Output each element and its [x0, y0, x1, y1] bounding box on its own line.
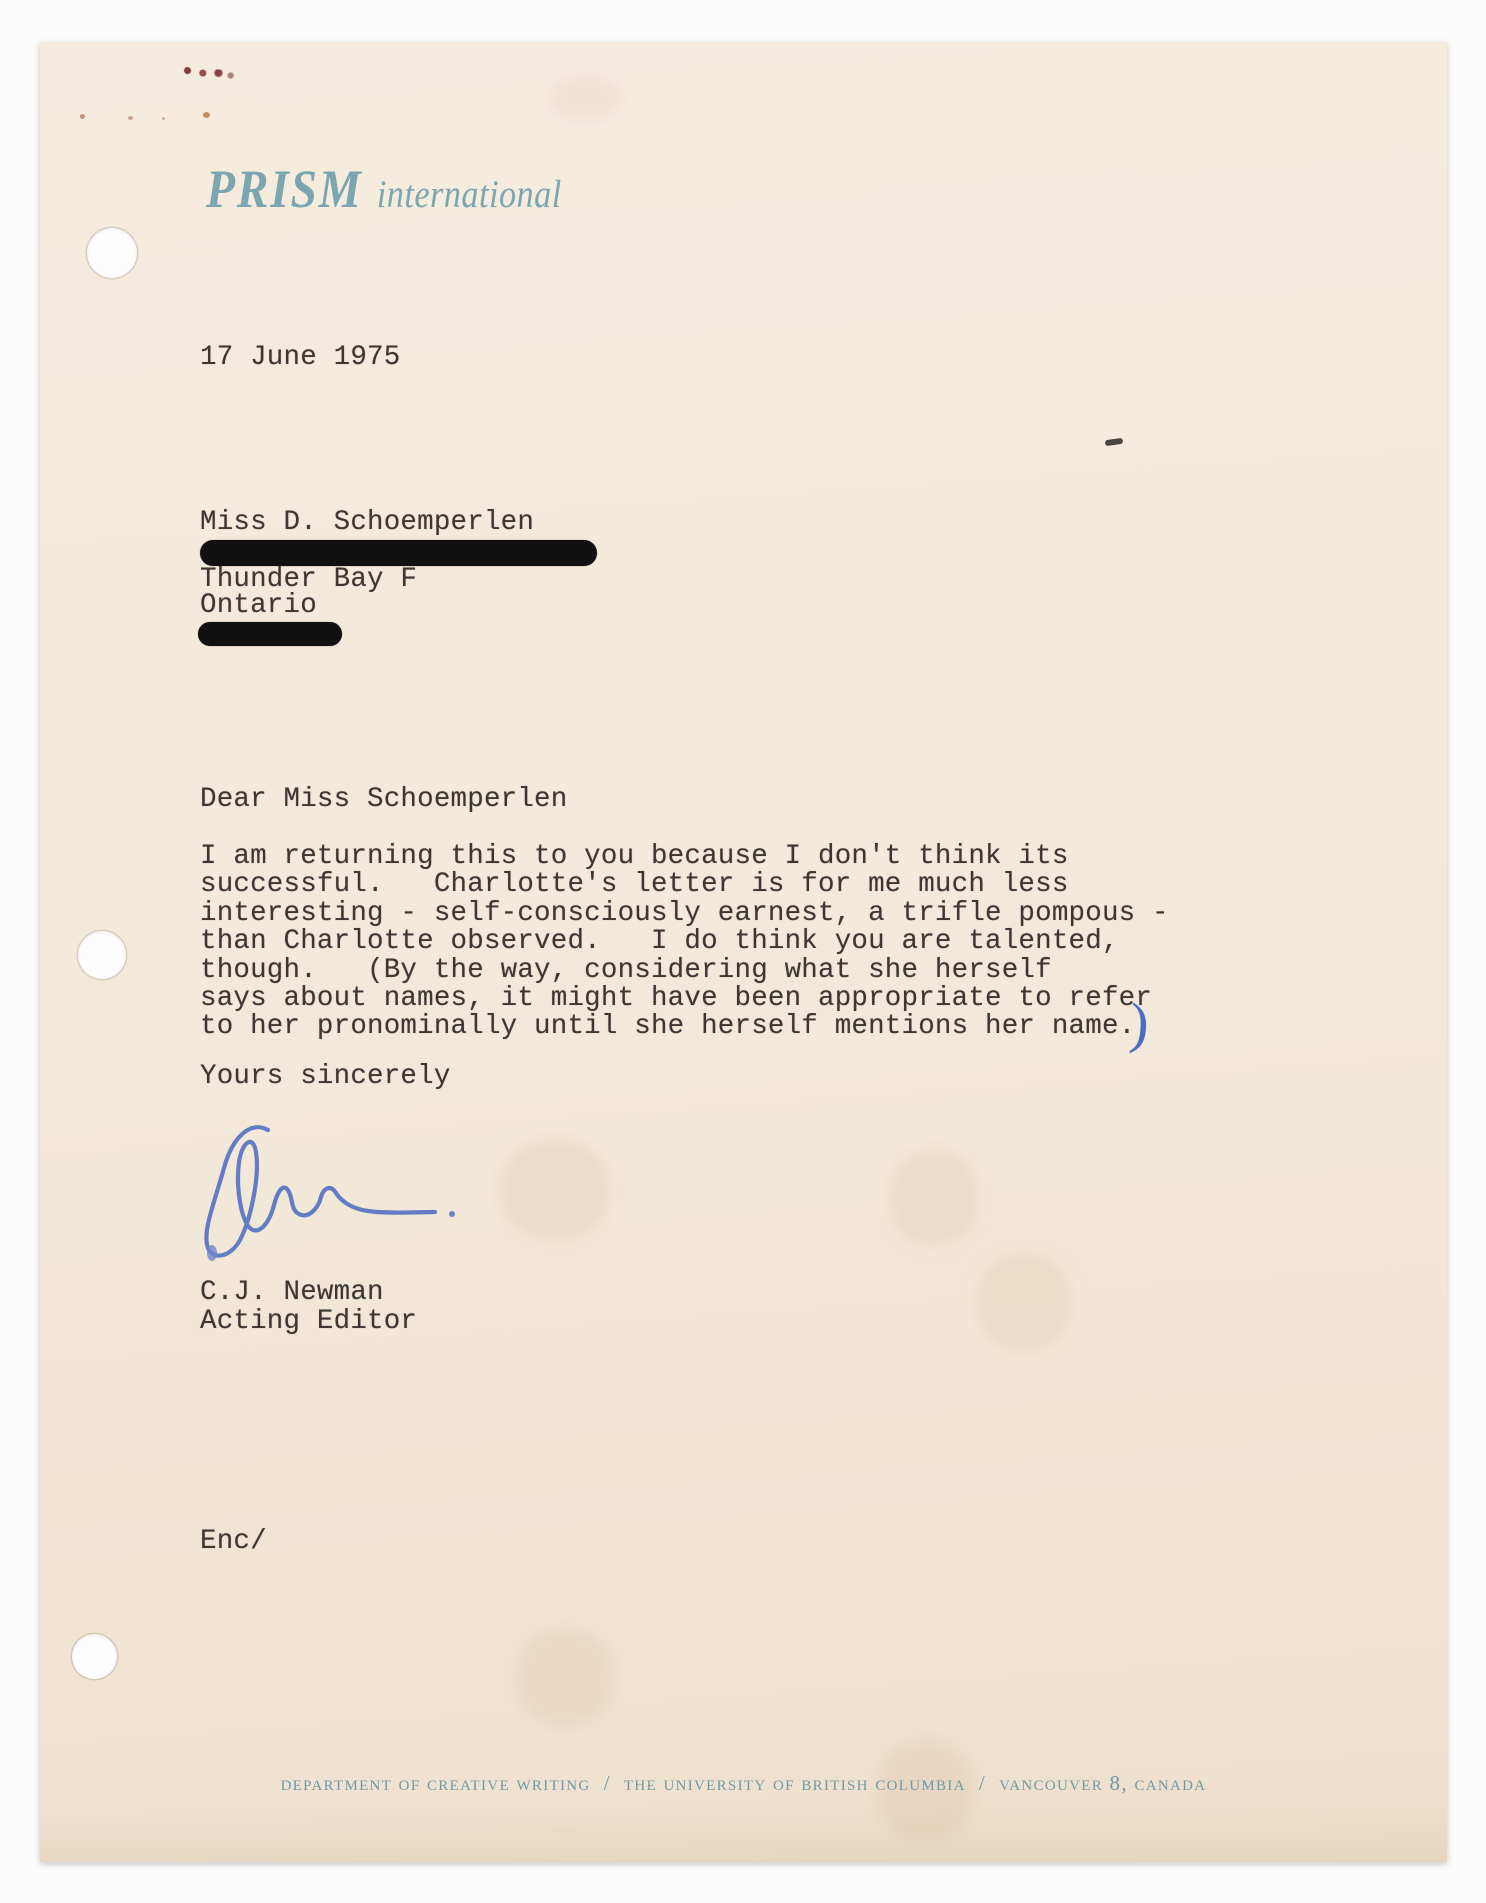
- salutation: Dear Miss Schoemperlen: [200, 786, 567, 814]
- stain: [518, 1630, 613, 1725]
- recipient-province: Ontario: [200, 592, 317, 620]
- stain: [500, 1140, 610, 1240]
- stain: [550, 78, 620, 118]
- signature-scrawl: [190, 1120, 480, 1270]
- punch-hole: [72, 1634, 117, 1679]
- handwritten-paren: ): [1128, 991, 1151, 1056]
- pencil-dash-mark: [1105, 438, 1124, 446]
- scan-background: { "letterhead": { "brand": "PRISM", "bra…: [0, 0, 1486, 1903]
- stain: [890, 1150, 978, 1245]
- stain-dot: [162, 117, 165, 120]
- punch-hole: [78, 931, 126, 979]
- letter-body: I am returning this to you because I don…: [200, 843, 1169, 1042]
- date-line: 17 June 1975: [200, 344, 400, 372]
- recipient-name: Miss D. Schoemperlen: [200, 509, 534, 537]
- redaction-bar-postal: [198, 622, 342, 646]
- signature: [190, 1120, 480, 1270]
- red-ink-smudge: [175, 65, 238, 80]
- letter-paper: PRISM international 17 June 1975 Miss D.…: [40, 42, 1447, 1862]
- footer-line: DEPARTMENT OF CREATIVE WRITING / THE UNI…: [40, 1771, 1447, 1796]
- letterhead-brand: PRISM: [206, 158, 363, 220]
- stain: [978, 1254, 1070, 1350]
- stain-dot: [80, 114, 85, 119]
- prism-logo: PRISM international: [206, 158, 562, 220]
- signer-title: Acting Editor: [200, 1308, 417, 1336]
- letterhead-brand-suffix: international: [377, 172, 562, 217]
- enclosure-note: Enc/: [200, 1528, 267, 1556]
- closing: Yours sincerely: [200, 1063, 451, 1091]
- stain-dot: [128, 116, 133, 120]
- redaction-bar-address: [200, 540, 597, 566]
- signer-name: C.J. Newman: [200, 1279, 384, 1307]
- stain-dot: [203, 112, 210, 118]
- punch-hole: [87, 228, 137, 278]
